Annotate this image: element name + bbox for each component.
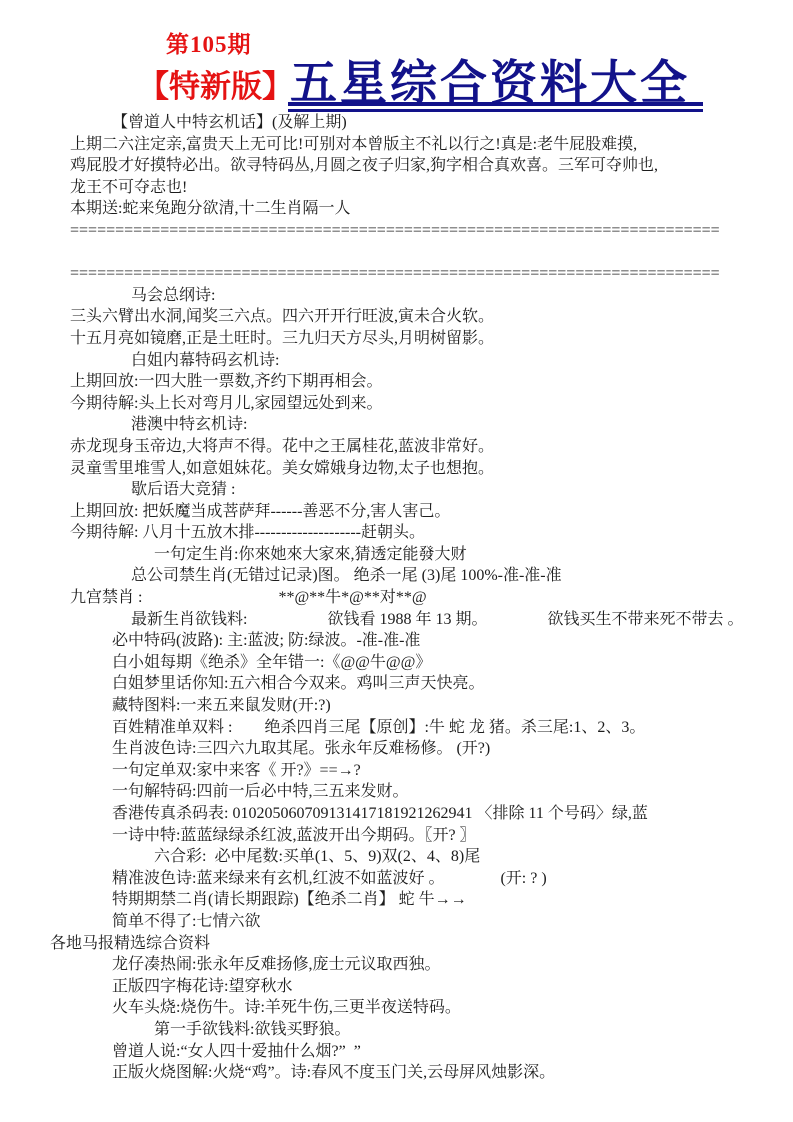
text-line: 白小姐每期《绝杀》全年错一:《@@牛@@》: [0, 652, 793, 674]
text-line: 藏特图料:一来五来鼠发财(开:?): [0, 695, 793, 717]
text-line: ========================================…: [0, 220, 793, 242]
text-line: 火车头烧:烧伤牛。诗:羊死牛伤,三更半夜送特码。: [0, 997, 793, 1019]
edition-label: 【特新版】: [138, 61, 293, 106]
text-line: 一诗中特:蓝蓝绿绿杀红波,蓝波开出今期码。〖开? 〗: [0, 825, 793, 847]
text-line: 上期回放:一四大胜一票数,齐约下期再相会。: [0, 371, 793, 393]
text-line: 总公司禁生肖(无错过记录)图。 绝杀一尾 (3)尾 100%-准-准-准: [0, 565, 793, 587]
text-line: 生肖波色诗:三四六九取其尾。张永年反难杨修。 (开?): [0, 738, 793, 760]
text-line: 歇后语大竞猜 :: [0, 479, 793, 501]
text-line: 一句解特码:四前一后必中特,三五来发财。: [0, 781, 793, 803]
text-line: 简单不得了:七情六欲: [0, 911, 793, 933]
body-text: 【曾道人中特玄机话】(及解上期)上期二六注定亲,富贵天上无可比!可别对本曾版主不…: [0, 112, 793, 1084]
text-line: 龙仔凑热闹:张永年反难扬修,庞士元议取西独。: [0, 954, 793, 976]
text-line: 上期回放: 把妖魔当成菩萨拜------善恶不分,害人害己。: [0, 501, 793, 523]
text-line: 百姓精准单双料 : 绝杀四肖三尾【原创】:牛 蛇 龙 猪。杀三尾:1、2、3。: [0, 717, 793, 739]
text-line: 第一手欲钱料:欲钱买野狼。: [0, 1019, 793, 1041]
text-line: ========================================…: [0, 263, 793, 285]
text-line: 白姐梦里话你知:五六相合今双来。鸡叫三声天快亮。: [0, 673, 793, 695]
text-line: 正版火烧图解:火烧“鸡”。诗:春风不度玉门关,云母屏风烛影深。: [0, 1062, 793, 1084]
text-line: 港澳中特玄机诗:: [0, 414, 793, 436]
text-line: 香港传真杀码表: 010205060709131417181921262941 …: [0, 803, 793, 825]
text-line: 六合彩: 必中尾数:买单(1、5、9)双(2、4、8)尾: [0, 846, 793, 868]
text-line: 灵童雪里堆雪人,如意姐妹花。美女嫦娥身边物,太子也想抱。: [0, 458, 793, 480]
text-line: 三头六臂出水洞,闻奖三六点。四六开开行旺波,寅未合火软。: [0, 306, 793, 328]
text-line: 正版四字梅花诗:望穿秋水: [0, 976, 793, 998]
text-line: 精准波色诗:蓝来绿来有玄机,红波不如蓝波好 。 (开: ? ): [0, 868, 793, 890]
text-line: 九宫禁肖 : **@**牛*@**对**@: [0, 587, 793, 609]
text-line: 最新生肖欲钱料: 欲钱看 1988 年 13 期。 欲钱买生不带来死不带去 。: [0, 609, 793, 631]
text-line: 十五月亮如镜磨,正是土旺时。三九归天方尽头,月明树留影。: [0, 328, 793, 350]
text-line: 赤龙现身玉帝边,大将声不得。花中之王属桂花,蓝波非常好。: [0, 436, 793, 458]
text-line: 今期待解:头上长对弯月儿,家园望远处到来。: [0, 393, 793, 415]
text-line: 白姐内幕特码玄机诗:: [0, 350, 793, 372]
text-line: 必中特码(波路): 主:蓝波; 防:绿波。-准-准-准: [0, 630, 793, 652]
text-line: 曾道人说:“女人四十爱抽什么烟?” ”: [0, 1041, 793, 1063]
text-line: 今期待解: 八月十五放木排--------------------赶朝头。: [0, 522, 793, 544]
text-line: 本期送:蛇来兔跑分欲清,十二生肖隔一人: [0, 198, 793, 220]
text-line: 各地马报精选综合资料: [0, 933, 793, 955]
text-line: 龙王不可夺志也!: [0, 177, 793, 199]
text-line: 一句定生肖:你來她來大家來,猜透定能發大财: [0, 544, 793, 566]
text-line: 上期二六注定亲,富贵天上无可比!可别对本曾版主不礼以行之!真是:老牛屁股难摸,: [0, 134, 793, 156]
text-line: 马会总纲诗:: [0, 285, 793, 307]
issue-number: 第105期: [166, 26, 252, 59]
text-line: 【曾道人中特玄机话】(及解上期): [0, 112, 793, 134]
text-line: 特期期禁二肖(请长期跟踪)【绝杀二肖】 蛇 牛→→: [0, 889, 793, 911]
text-line: 一句定单双:家中来客《 开?》==→?: [0, 760, 793, 782]
text-line: [0, 242, 793, 264]
title-underline: [288, 102, 703, 106]
text-line: 鸡屁股才好摸特必出。欲寻特码丛,月圆之夜子归家,狗字相合真欢喜。三军可夺帅也,: [0, 155, 793, 177]
